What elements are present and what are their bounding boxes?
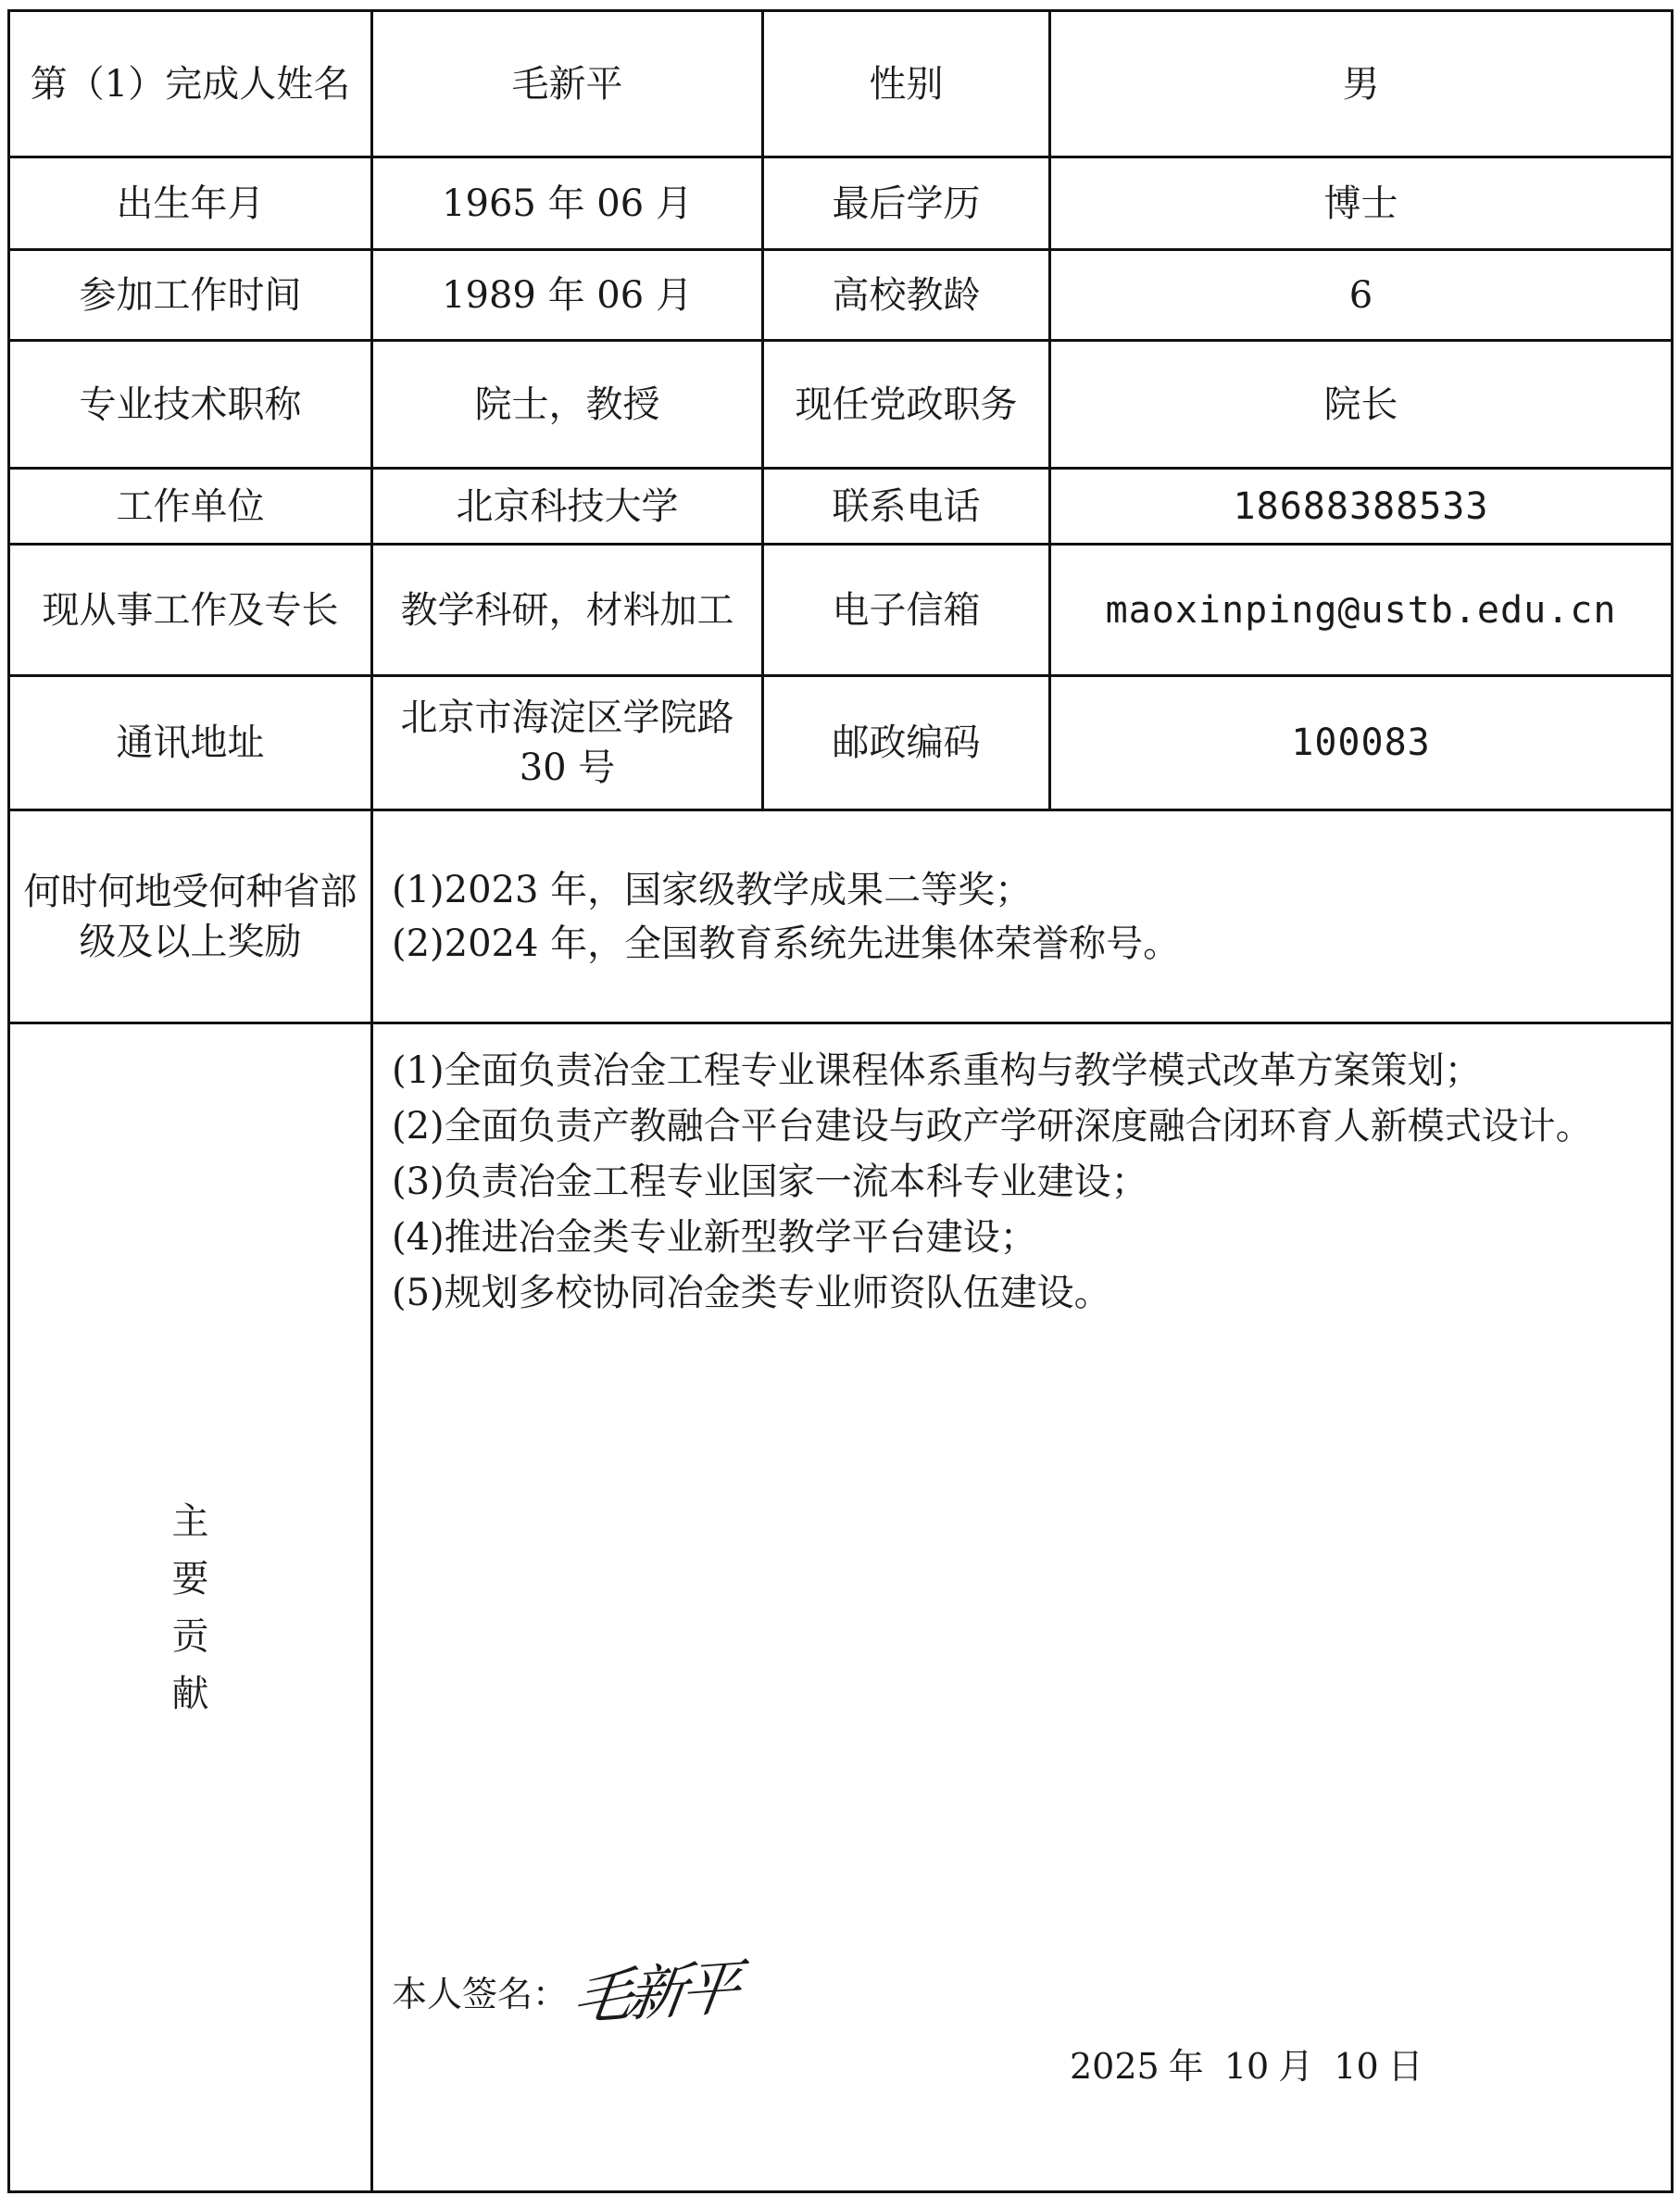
award-item: (1)2023 年，国家级教学成果二等奖； <box>392 863 1658 917</box>
awards-list: (1)2023 年，国家级教学成果二等奖； (2)2024 年，全国教育系统先进… <box>372 810 1673 1023</box>
date-month-unit: 月 <box>1278 2046 1313 2087</box>
date-year: 2025 <box>1070 2046 1160 2087</box>
nominee-info-form: 第（1）完成人姓名 毛新平 性别 男 出生年月 1965 年 06 月 最后学历… <box>7 9 1674 2193</box>
signature-label: 本人签名： <box>392 1969 568 2019</box>
field-value-education: 博士 <box>1050 157 1673 250</box>
form-row: 第（1）完成人姓名 毛新平 性别 男 <box>9 11 1673 157</box>
field-label-phone: 联系电话 <box>763 469 1050 545</box>
field-value-birth: 1965 年 06 月 <box>372 157 763 250</box>
field-value-phone: 18688388533 <box>1050 469 1673 545</box>
field-value-position: 院长 <box>1050 341 1673 469</box>
contribution-item: (4)推进冶金类专业新型教学平台建设； <box>392 1210 1652 1265</box>
form-row: 专业技术职称 院士，教授 现任党政职务 院长 <box>9 341 1673 469</box>
date-day: 10 <box>1334 2046 1378 2087</box>
contribution-item: (5)规划多校协同冶金类专业师资队伍建设。 <box>392 1265 1652 1321</box>
contributions-label-char: 主 <box>166 1493 216 1550</box>
contributions-label-char: 要 <box>166 1550 216 1608</box>
form-row: 通讯地址 北京市海淀区学院路 30 号 邮政编码 100083 <box>9 676 1673 810</box>
contributions-row: 主 要 贡 献 (1)全面负责冶金工程专业课程体系重构与教学模式改革方案策划； … <box>9 1023 1673 2192</box>
handwritten-signature: 毛新平 <box>570 1964 737 2026</box>
contributions-label: 主 要 贡 献 <box>9 1023 372 2192</box>
field-label-address: 通讯地址 <box>9 676 372 810</box>
field-value-name: 毛新平 <box>372 11 763 157</box>
form-row: 参加工作时间 1989 年 06 月 高校教龄 6 <box>9 250 1673 341</box>
sign-date: 2025年 10月 10日 <box>1070 2041 1433 2091</box>
form-row: 出生年月 1965 年 06 月 最后学历 博士 <box>9 157 1673 250</box>
field-label-birth: 出生年月 <box>9 157 372 250</box>
awards-row: 何时何地受何种省部级及以上奖励 (1)2023 年，国家级教学成果二等奖； (2… <box>9 810 1673 1023</box>
field-label-email: 电子信箱 <box>763 545 1050 676</box>
field-label-postcode: 邮政编码 <box>763 676 1050 810</box>
contribution-item: (2)全面负责产教融合平台建设与政产学研深度融合闭环育人新模式设计。 <box>392 1098 1652 1154</box>
signature-block: 本人签名： 毛新平 <box>392 1969 734 2019</box>
date-day-unit: 日 <box>1388 2046 1423 2087</box>
field-label-employer: 工作单位 <box>9 469 372 545</box>
field-value-address: 北京市海淀区学院路 30 号 <box>372 676 763 810</box>
award-item: (2)2024 年，全国教育系统先进集体荣誉称号。 <box>392 917 1658 971</box>
field-label-work-start: 参加工作时间 <box>9 250 372 341</box>
field-value-postcode: 100083 <box>1050 676 1673 810</box>
field-value-teaching-years: 6 <box>1050 250 1673 341</box>
field-value-specialty: 教学科研，材料加工 <box>372 545 763 676</box>
field-label-position: 现任党政职务 <box>763 341 1050 469</box>
contribution-item: (3)负责冶金工程专业国家一流本科专业建设； <box>392 1154 1652 1210</box>
contributions-label-char: 贡 <box>166 1608 216 1665</box>
contributions-label-char: 献 <box>166 1665 216 1723</box>
contribution-item: (1)全面负责冶金工程专业课程体系重构与教学模式改革方案策划； <box>392 1043 1652 1098</box>
date-year-unit: 年 <box>1169 2046 1204 2087</box>
field-label-title: 专业技术职称 <box>9 341 372 469</box>
field-value-work-start: 1989 年 06 月 <box>372 250 763 341</box>
form-row: 现从事工作及专长 教学科研，材料加工 电子信箱 maoxinping@ustb.… <box>9 545 1673 676</box>
field-value-employer: 北京科技大学 <box>372 469 763 545</box>
field-label-gender: 性别 <box>763 11 1050 157</box>
field-value-email: maoxinping@ustb.edu.cn <box>1050 545 1673 676</box>
field-label-name: 第（1）完成人姓名 <box>9 11 372 157</box>
date-month: 10 <box>1224 2046 1269 2087</box>
field-label-teaching-years: 高校教龄 <box>763 250 1050 341</box>
form-row: 工作单位 北京科技大学 联系电话 18688388533 <box>9 469 1673 545</box>
field-value-gender: 男 <box>1050 11 1673 157</box>
awards-label: 何时何地受何种省部级及以上奖励 <box>9 810 372 1023</box>
field-label-education: 最后学历 <box>763 157 1050 250</box>
field-label-specialty: 现从事工作及专长 <box>9 545 372 676</box>
contributions-content: (1)全面负责冶金工程专业课程体系重构与教学模式改革方案策划； (2)全面负责产… <box>372 1023 1673 2192</box>
field-value-title: 院士，教授 <box>372 341 763 469</box>
